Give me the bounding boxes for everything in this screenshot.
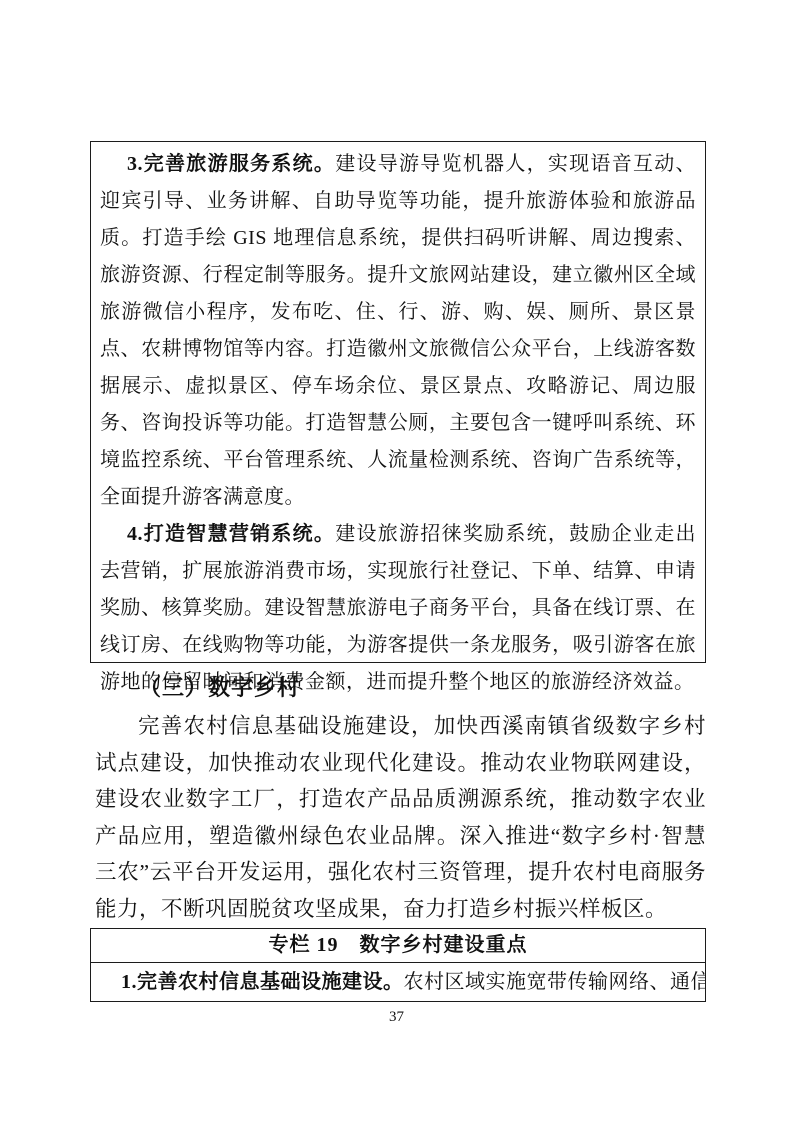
column-19-title: 专栏 19 数字乡村建设重点 [91,929,705,963]
document-page: 3.完善旅游服务系统。建设导游导览机器人，实现语音互动、迎宾引导、业务讲解、自助… [0,0,793,1122]
paragraph-body-3: 建设导游导览机器人，实现语音互动、迎宾引导、业务讲解、自助导览等功能，提升旅游体… [100,153,696,508]
paragraph-tourism-service-system: 3.完善旅游服务系统。建设导游导览机器人，实现语音互动、迎宾引导、业务讲解、自助… [100,146,696,516]
section-paragraph: 完善农村信息基础设施建设，加快西溪南镇省级数字乡村试点建设，加快推动农业现代化建… [95,708,706,928]
page-number: 37 [0,1009,793,1026]
paragraph-body-4: 建设旅游招徕奖励系统，鼓励企业走出去营销，扩展旅游消费市场，实现旅行社登记、下单… [100,523,696,693]
column-19-box: 专栏 19 数字乡村建设重点 1.完善农村信息基础设施建设。农村区域实施宽带传输… [90,928,706,1002]
tourism-systems-box: 3.完善旅游服务系统。建设导游导览机器人，实现语音互动、迎宾引导、业务讲解、自助… [90,141,706,663]
digital-countryside-section: （三）数字乡村 完善农村信息基础设施建设，加快西溪南镇省级数字乡村试点建设，加快… [95,669,706,928]
section-heading: （三）数字乡村 [95,669,706,707]
column-19-row-lead: 1.完善农村信息基础设施建设。 [121,971,404,993]
column-19-row: 1.完善农村信息基础设施建设。农村区域实施宽带传输网络、通信讯 [91,963,705,1001]
paragraph-lead-4: 4.打造智慧营销系统。 [127,523,335,545]
column-19-row-body: 农村区域实施宽带传输网络、通信讯 [404,971,706,993]
paragraph-lead-3: 3.完善旅游服务系统。 [127,153,335,175]
